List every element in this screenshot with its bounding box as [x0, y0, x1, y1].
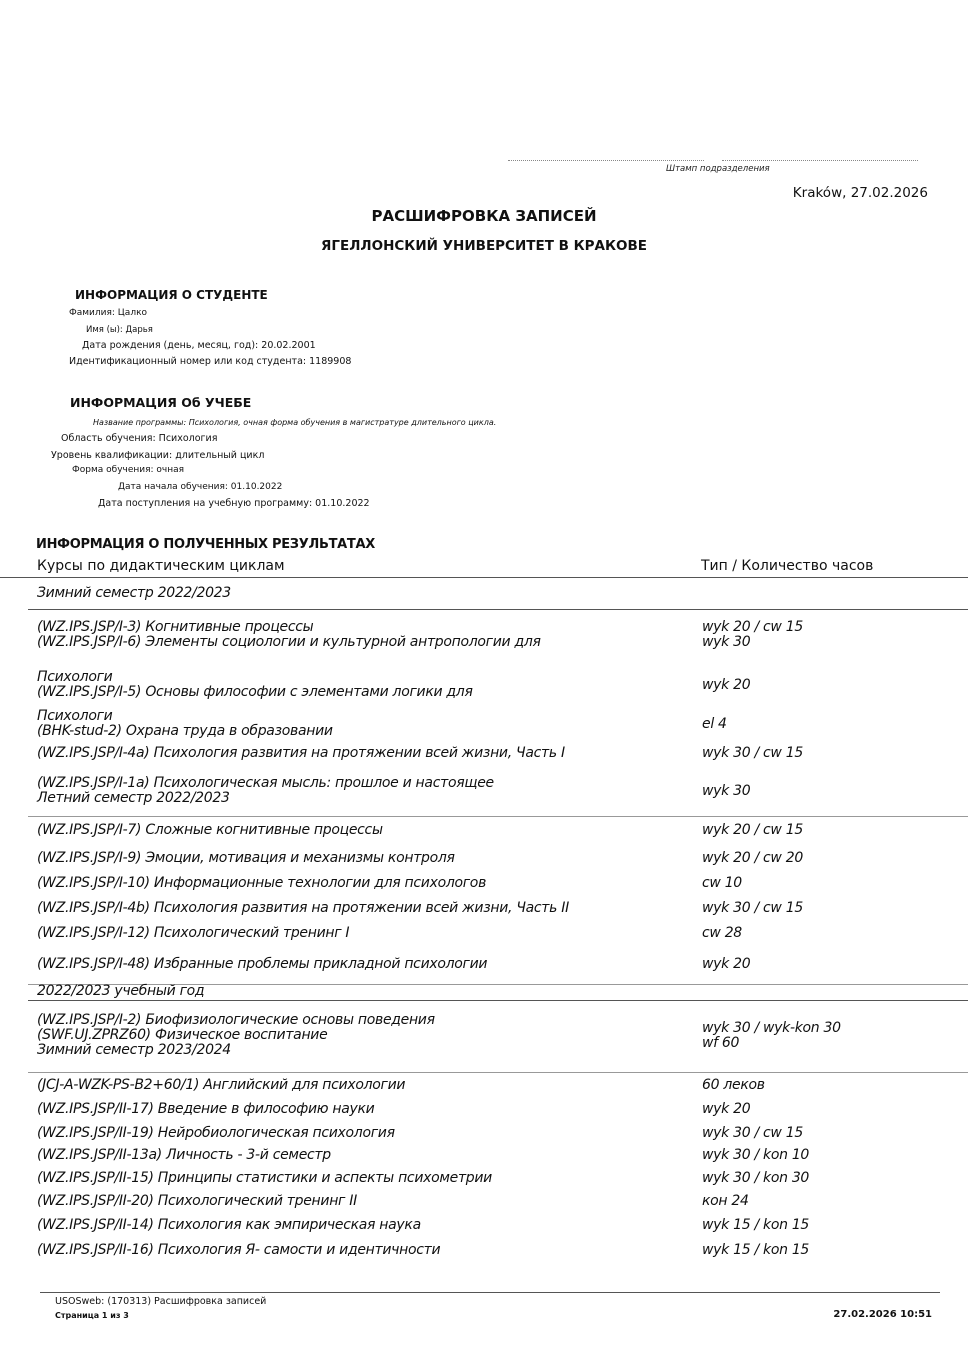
- course-name: (WZ.IPS.JSP/II-20) Психологический трени…: [37, 1194, 357, 1209]
- column-header-courses: Курсы по дидактическим циклам: [37, 558, 285, 574]
- course-hours: wyk 15 / kon 15: [702, 1243, 809, 1258]
- header-divider: [0, 577, 968, 578]
- field-of-study: Область обучения: Психология: [61, 433, 217, 444]
- stamp-line-right: [722, 160, 918, 161]
- course-hours: wyk 30: [702, 784, 750, 799]
- footer-page-number: Страница 1 из 3: [55, 1311, 129, 1320]
- footer-source: USOSweb: (170313) Расшифровка записей: [55, 1296, 266, 1307]
- stamp-line-left: [508, 160, 704, 161]
- course-name: (WZ.IPS.JSP/II-16) Психология Я- самости…: [37, 1243, 440, 1258]
- course-name: (WZ.IPS.JSP/I-4b) Психология развития на…: [37, 901, 569, 916]
- study-info-heading: ИНФОРМАЦИЯ Об УЧЕБЕ: [70, 395, 251, 410]
- course-name: (WZ.IPS.JSP/II-13a) Личность - 3-й семес…: [37, 1148, 331, 1163]
- course-hours: кон 24: [702, 1194, 749, 1209]
- course-hours: wyk 20: [702, 1102, 750, 1117]
- document-title: РАСШИФРОВКА ЗАПИСЕЙ: [0, 207, 968, 225]
- column-header-type: Тип / Количество часов: [701, 558, 873, 574]
- study-start-date: Дата начала обучения: 01.10.2022: [118, 482, 282, 492]
- course-hours: wyk 15 / kon 15: [702, 1218, 809, 1233]
- course-hours: wyk 20: [702, 957, 750, 972]
- section-label: 2022/2023 учебный год: [37, 984, 204, 999]
- course-hours: wyk 30 / kon 10: [702, 1148, 809, 1163]
- course-name: (WZ.IPS.JSP/I-3) Когнитивные процессы (W…: [37, 620, 541, 650]
- course-name: (WZ.IPS.JSP/I-9) Эмоции, мотивация и мех…: [37, 851, 455, 866]
- admission-date: Дата поступления на учебную программу: 0…: [98, 498, 370, 509]
- section-label: Зимний семестр 2022/2023: [37, 586, 231, 601]
- course-hours: el 4: [702, 717, 727, 732]
- course-name: (WZ.IPS.JSP/I-4a) Психология развития на…: [37, 746, 565, 761]
- student-birth-date: Дата рождения (день, месяц, год): 20.02.…: [82, 340, 316, 351]
- course-hours: wyk 30 / cw 15: [702, 901, 803, 916]
- course-name: (WZ.IPS.JSP/I-48) Избранные проблемы при…: [37, 957, 487, 972]
- course-name: Психологи (BHK-stud-2) Охрана труда в об…: [37, 709, 333, 739]
- course-name: (WZ.IPS.JSP/II-14) Психология как эмпири…: [37, 1218, 421, 1233]
- course-name: (WZ.IPS.JSP/I-1a) Психологическая мысль:…: [37, 776, 494, 806]
- footer-timestamp: 27.02.2026 10:51: [833, 1309, 932, 1320]
- course-hours: wyk 30 / cw 15: [702, 1126, 803, 1141]
- student-surname: Фамилия: Цалко: [69, 308, 147, 318]
- course-hours: cw 10: [702, 876, 742, 891]
- program-name: Название программы: Психология, очная фо…: [93, 418, 496, 427]
- course-hours: wyk 20: [702, 678, 750, 693]
- student-id: Идентификационный номер или код студента…: [69, 356, 351, 367]
- footer-divider: [40, 1292, 940, 1293]
- student-info-heading: ИНФОРМАЦИЯ О СТУДЕНТЕ: [75, 288, 268, 302]
- course-name: (WZ.IPS.JSP/I-2) Биофизиологические осно…: [37, 1013, 435, 1058]
- stamp-label: Штамп подразделения: [666, 164, 770, 174]
- course-hours: wyk 20 / cw 15 wyk 30: [702, 620, 803, 650]
- course-name: (WZ.IPS.JSP/I-7) Сложные когнитивные про…: [37, 823, 383, 838]
- qualification-level: Уровень квалификации: длительный цикл: [51, 450, 264, 461]
- course-hours: cw 28: [702, 926, 742, 941]
- course-name: (WZ.IPS.JSP/II-15) Принципы статистики и…: [37, 1171, 492, 1186]
- section-divider: [28, 1000, 968, 1001]
- results-heading: ИНФОРМАЦИЯ О ПОЛУЧЕННЫХ РЕЗУЛЬТАТАХ: [36, 537, 375, 552]
- course-hours: wyk 20 / cw 15: [702, 823, 803, 838]
- course-name: (WZ.IPS.JSP/I-12) Психологический тренин…: [37, 926, 349, 941]
- course-name: (WZ.IPS.JSP/II-19) Нейробиологическая пс…: [37, 1126, 395, 1141]
- study-form: Форма обучения: очная: [72, 465, 184, 475]
- section-divider: [28, 609, 968, 610]
- course-name: (WZ.IPS.JSP/II-17) Введение в философию …: [37, 1102, 374, 1117]
- course-name: (JCJ-A-WZK-PS-B2+60/1) Английский для пс…: [37, 1078, 405, 1093]
- section-divider: [28, 816, 968, 817]
- course-name: Психологи (WZ.IPS.JSP/I-5) Основы филосо…: [37, 670, 473, 700]
- course-hours: wyk 30 / kon 30: [702, 1171, 809, 1186]
- course-hours: wyk 20 / cw 20: [702, 851, 803, 866]
- place-date: Kraków, 27.02.2026: [793, 185, 928, 201]
- student-name: Имя (ы): Дарья: [86, 325, 153, 335]
- course-hours: wyk 30 / wyk-kon 30 wf 60: [702, 1021, 841, 1051]
- course-hours: 60 леков: [702, 1078, 765, 1093]
- university-name: ЯГЕЛЛОНСКИЙ УНИВЕРСИТЕТ В КРАКОВЕ: [0, 238, 968, 254]
- section-divider: [28, 1072, 968, 1073]
- course-hours: wyk 30 / cw 15: [702, 746, 803, 761]
- course-name: (WZ.IPS.JSP/I-10) Информационные техноло…: [37, 876, 486, 891]
